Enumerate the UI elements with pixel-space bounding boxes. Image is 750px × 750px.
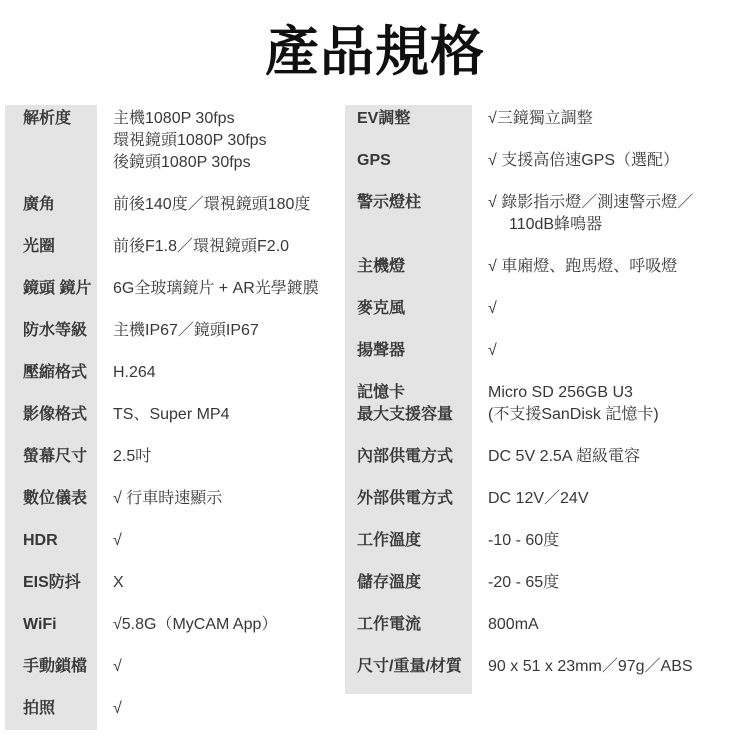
spec-label: 工作溫度	[345, 530, 472, 552]
spec-value: 主機1080P 30fps 環視鏡頭1080P 30fps 後鏡頭1080P 3…	[113, 108, 267, 174]
spec-label: 鏡頭 鏡片	[5, 278, 97, 300]
spec-value: X	[113, 572, 124, 594]
spec-label: 記憶卡 最大支援容量	[345, 382, 472, 426]
spec-label: HDR	[5, 530, 97, 552]
spec-row-wifi: WiFi √5.8G（MyCAM App）	[5, 614, 340, 636]
spec-row-digital-gauge: 數位儀表 √ 行車時速顯示	[5, 488, 340, 510]
spec-label: 揚聲器	[345, 340, 472, 362]
spec-label: EV調整	[345, 108, 472, 130]
spec-value: H.264	[113, 362, 156, 384]
spec-value: √	[488, 298, 497, 320]
spec-row-aperture: 光圈 前後F1.8／環視鏡頭F2.0	[5, 236, 340, 258]
spec-value: 前後140度／環視鏡頭180度	[113, 194, 310, 216]
spec-row-eis: EIS防抖 X	[5, 572, 340, 594]
spec-row-main-light: 主機燈 √ 車廂燈、跑馬燈、呼吸燈	[345, 256, 745, 278]
spec-row-hdr: HDR √	[5, 530, 340, 552]
spec-label: 警示燈柱	[345, 192, 472, 214]
spec-label: 數位儀表	[5, 488, 97, 510]
spec-row-ev-adjust: EV調整 √三鏡獨立調整	[345, 108, 745, 130]
spec-label: 螢幕尺寸	[5, 446, 97, 468]
spec-label: WiFi	[5, 614, 97, 636]
spec-value: TS、Super MP4	[113, 404, 230, 426]
spec-label: 主機燈	[345, 256, 472, 278]
spec-label: 廣角	[5, 194, 97, 216]
spec-label: 拍照	[5, 698, 97, 720]
spec-value: √ 車廂燈、跑馬燈、呼吸燈	[488, 256, 677, 278]
spec-row-microphone: 麥克風 √	[345, 298, 745, 320]
spec-row-lens: 鏡頭 鏡片 6G全玻璃鏡片 + AR光學鍍膜	[5, 278, 340, 300]
spec-value: 800mA	[488, 614, 539, 636]
spec-row-waterproof: 防水等級 主機IP67／鏡頭IP67	[5, 320, 340, 342]
spec-row-resolution: 解析度 主機1080P 30fps 環視鏡頭1080P 30fps 後鏡頭108…	[5, 108, 340, 174]
spec-value: DC 5V 2.5A 超級電容	[488, 446, 640, 468]
spec-row-gps: GPS √ 支援高倍速GPS（選配）	[345, 150, 745, 172]
spec-label: 手動鎖檔	[5, 656, 97, 678]
spec-value: √ 錄影指示燈／測速警示燈／ 110dB蜂鳴器	[488, 192, 693, 236]
spec-row-manual-lock: 手動鎖檔 √	[5, 656, 340, 678]
spec-label: 工作電流	[345, 614, 472, 636]
page-title: 產品規格	[0, 22, 750, 82]
spec-label: 內部供電方式	[345, 446, 472, 468]
spec-value: 90 x 51 x 23mm／97g／ABS	[488, 656, 693, 678]
spec-row-working-current: 工作電流 800mA	[345, 614, 745, 636]
spec-value: √	[488, 340, 497, 362]
spec-value: Micro SD 256GB U3 (不支援SanDisk 記憶卡)	[488, 382, 659, 426]
spec-row-wide-angle: 廣角 前後140度／環視鏡頭180度	[5, 194, 340, 216]
spec-value: DC 12V／24V	[488, 488, 589, 510]
spec-label: 麥克風	[345, 298, 472, 320]
spec-row-internal-power: 內部供電方式 DC 5V 2.5A 超級電容	[345, 446, 745, 468]
spec-table-left: 解析度 主機1080P 30fps 環視鏡頭1080P 30fps 後鏡頭108…	[5, 105, 340, 730]
spec-sheet: 解析度 主機1080P 30fps 環視鏡頭1080P 30fps 後鏡頭108…	[5, 105, 750, 730]
spec-label: 外部供電方式	[345, 488, 472, 510]
spec-table-right: EV調整 √三鏡獨立調整 GPS √ 支援高倍速GPS（選配） 警示燈柱 √ 錄…	[345, 105, 745, 694]
spec-value: 前後F1.8／環視鏡頭F2.0	[113, 236, 289, 258]
spec-value: √三鏡獨立調整	[488, 108, 593, 130]
spec-label: GPS	[345, 150, 472, 172]
spec-value: √5.8G（MyCAM App）	[113, 614, 277, 636]
spec-value: √	[113, 530, 122, 552]
spec-row-storage-temp: 儲存溫度 -20 - 65度	[345, 572, 745, 594]
spec-label: 防水等級	[5, 320, 97, 342]
spec-row-speaker: 揚聲器 √	[345, 340, 745, 362]
spec-value: √ 行車時速顯示	[113, 488, 222, 510]
spec-row-video-format: 影像格式 TS、Super MP4	[5, 404, 340, 426]
spec-row-working-temp: 工作溫度 -10 - 60度	[345, 530, 745, 552]
spec-label: 解析度	[5, 108, 97, 130]
spec-value: 6G全玻璃鏡片 + AR光學鍍膜	[113, 278, 319, 300]
spec-row-external-power: 外部供電方式 DC 12V／24V	[345, 488, 745, 510]
spec-value: 2.5吋	[113, 446, 151, 468]
spec-label: 光圈	[5, 236, 97, 258]
spec-label: 壓縮格式	[5, 362, 97, 384]
spec-label: 尺寸/重量/材質	[345, 656, 472, 678]
spec-row-memory-card: 記憶卡 最大支援容量 Micro SD 256GB U3 (不支援SanDisk…	[345, 382, 745, 426]
spec-row-photo: 拍照 √	[5, 698, 340, 720]
spec-label: EIS防抖	[5, 572, 97, 594]
spec-value: -10 - 60度	[488, 530, 559, 552]
spec-value: √ 支援高倍速GPS（選配）	[488, 150, 679, 172]
spec-value: -20 - 65度	[488, 572, 559, 594]
spec-value: 主機IP67／鏡頭IP67	[113, 320, 259, 342]
spec-label: 儲存溫度	[345, 572, 472, 594]
spec-label: 影像格式	[5, 404, 97, 426]
spec-row-screen-size: 螢幕尺寸 2.5吋	[5, 446, 340, 468]
spec-value: √	[113, 656, 122, 678]
spec-value: √	[113, 698, 122, 720]
spec-row-warning-light: 警示燈柱 √ 錄影指示燈／測速警示燈／ 110dB蜂鳴器	[345, 192, 745, 236]
spec-row-compression: 壓縮格式 H.264	[5, 362, 340, 384]
spec-row-dimensions: 尺寸/重量/材質 90 x 51 x 23mm／97g／ABS	[345, 656, 745, 678]
